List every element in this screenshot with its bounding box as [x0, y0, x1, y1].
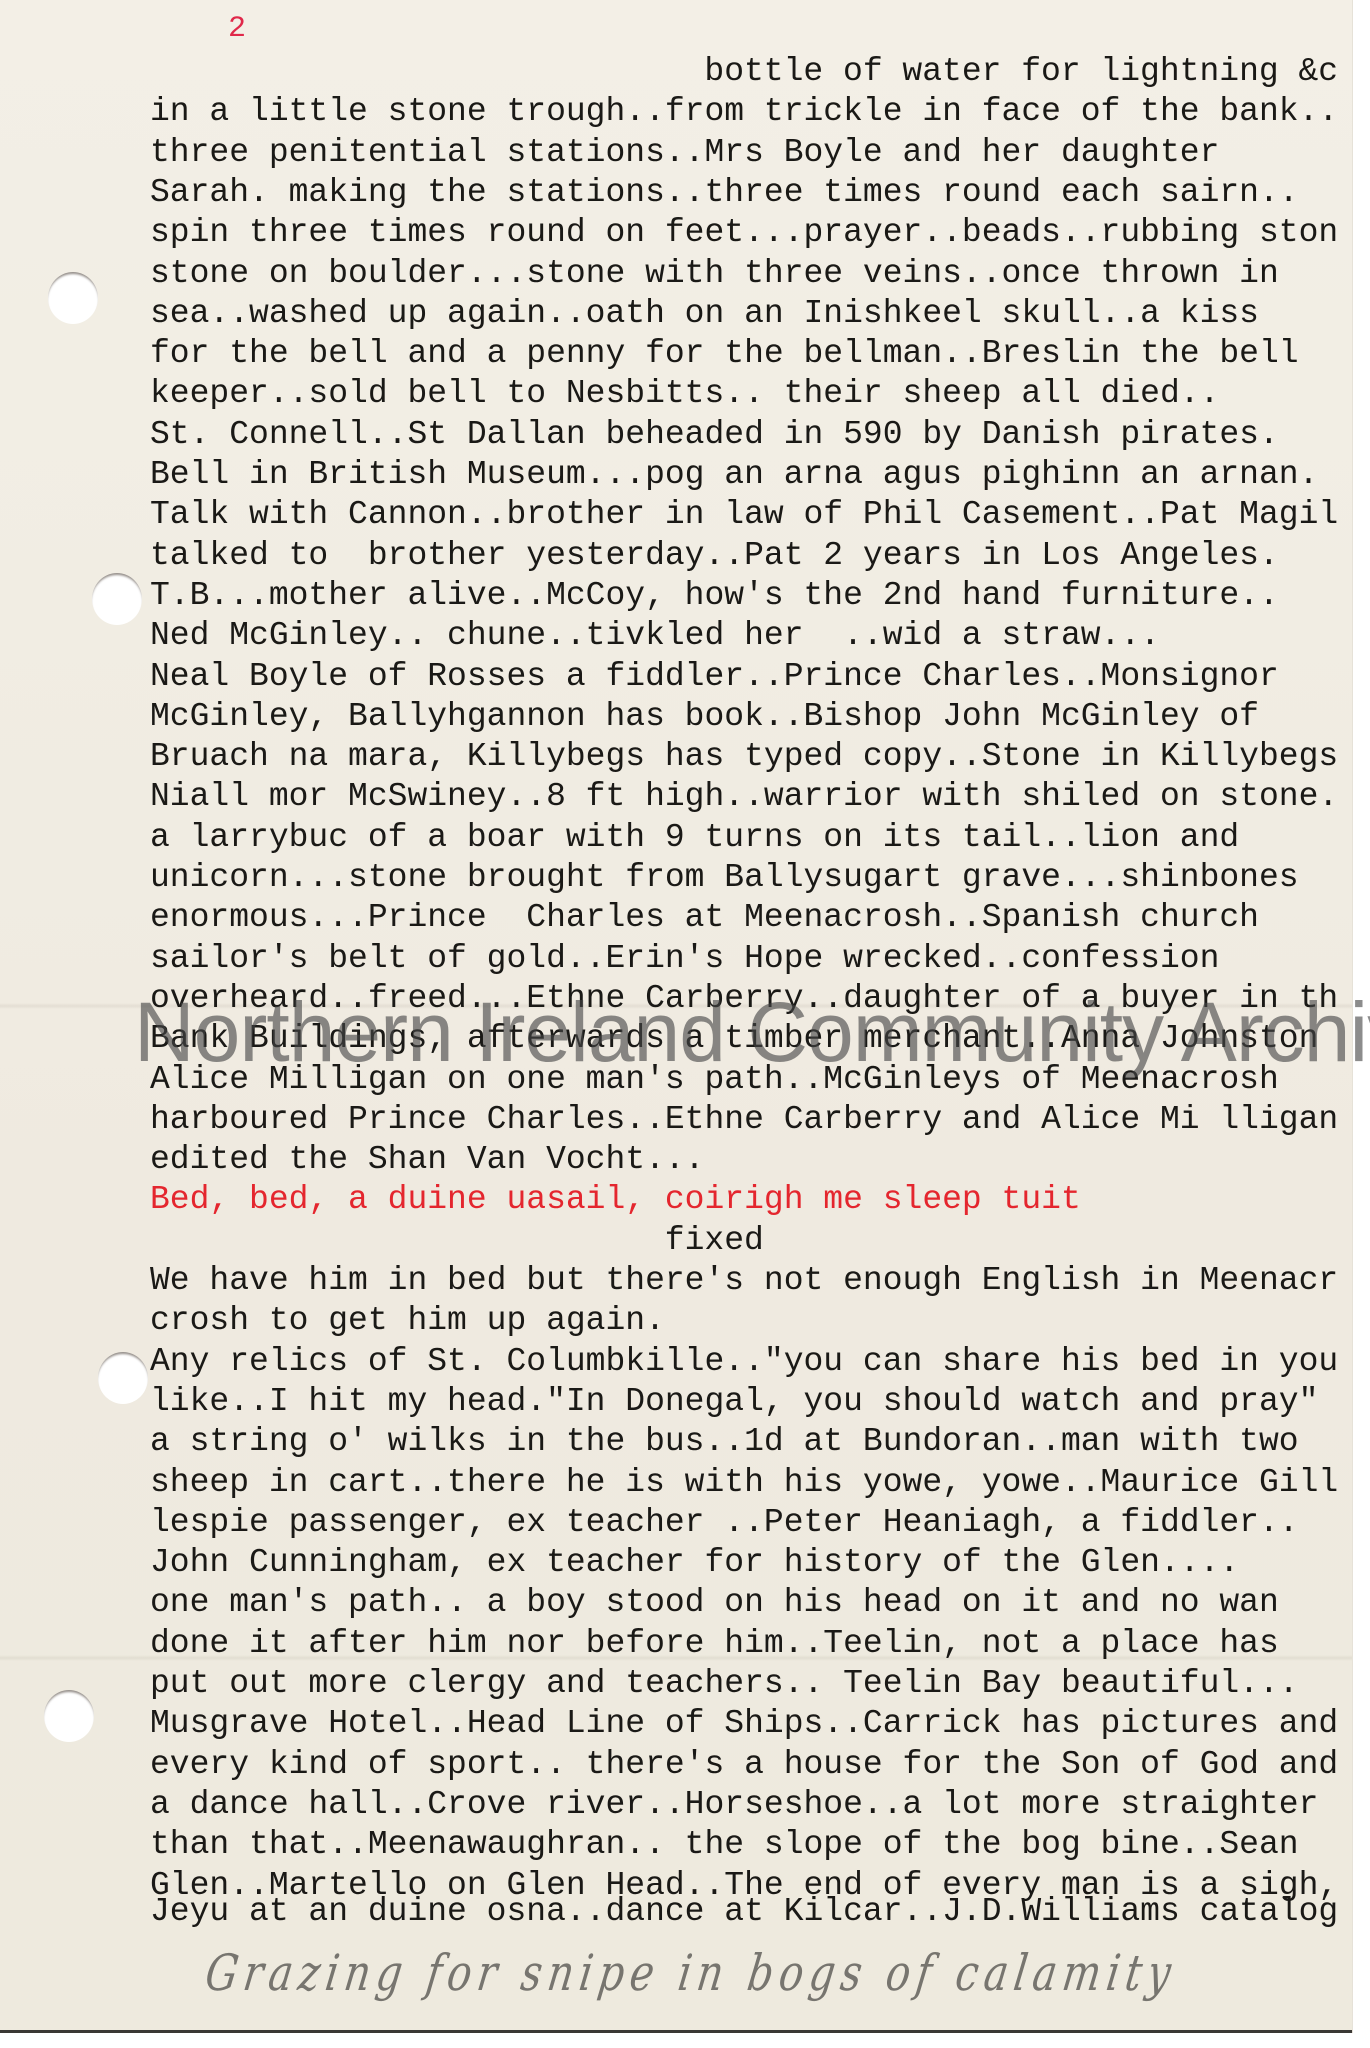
- typed-line-red: Bed, bed, a duine uasail, coirigh me sle…: [150, 1180, 1081, 1220]
- typed-line: Bell in British Museum...pog an arna agu…: [150, 455, 1318, 495]
- punch-hole-icon: [48, 272, 98, 324]
- typed-line: spin three times round on feet...prayer.…: [150, 213, 1338, 253]
- typed-line: fixed: [665, 1221, 764, 1261]
- typed-line: Bank Buildings, afterwards a timber merc…: [150, 1019, 1318, 1059]
- typed-line: put out more clergy and teachers.. Teeli…: [150, 1664, 1299, 1704]
- typed-line: for the bell and a penny for the bellman…: [150, 334, 1299, 374]
- typed-line: a dance hall..Crove river..Horseshoe..a …: [150, 1785, 1318, 1825]
- typed-line: Talk with Cannon..brother in law of Phil…: [150, 495, 1338, 535]
- typed-line: keeper..sold bell to Nesbitts.. their sh…: [150, 374, 1219, 414]
- typed-page: 2 bottle of water for lightning &cin a l…: [0, 0, 1352, 2033]
- typed-line: in a little stone trough..from trickle i…: [150, 92, 1338, 132]
- typed-line: harboured Prince Charles..Ethne Carberry…: [150, 1100, 1338, 1140]
- typed-line: done it after him nor before him..Teelin…: [150, 1624, 1279, 1664]
- typed-line: enormous...Prince Charles at Meenacrosh.…: [150, 898, 1259, 938]
- typed-line: Neal Boyle of Rosses a fiddler..Prince C…: [150, 657, 1279, 697]
- typed-line: Ned McGinley.. chune..tivkled her ..wid …: [150, 616, 1160, 656]
- typed-line: stone on boulder...stone with three vein…: [150, 254, 1279, 294]
- typed-line: We have him in bed but there's not enoug…: [150, 1261, 1338, 1301]
- typed-line: St. Connell..St Dallan beheaded in 590 b…: [150, 415, 1279, 455]
- typed-line: like..I hit my head."In Donegal, you sho…: [150, 1382, 1318, 1422]
- typed-line: bottle of water for lightning &c: [704, 52, 1338, 92]
- typed-line: overheard..freed...Ethne Carberry..daugh…: [150, 979, 1338, 1019]
- punch-hole-icon: [98, 1352, 148, 1404]
- typed-line: one man's path.. a boy stood on his head…: [150, 1583, 1279, 1623]
- typed-line: sea..washed up again..oath on an Inishke…: [150, 294, 1259, 334]
- typed-line: John Cunningham, ex teacher for history …: [150, 1543, 1239, 1583]
- typed-line: Niall mor McSwiney..8 ft high..warrior w…: [150, 777, 1338, 817]
- typed-line: a string o' wilks in the bus..1d at Bund…: [150, 1422, 1299, 1462]
- typed-line: talked to brother yesterday..Pat 2 years…: [150, 536, 1279, 576]
- typed-line: every kind of sport.. there's a house fo…: [150, 1745, 1338, 1785]
- typed-line: McGinley, Ballyhgannon has book..Bishop …: [150, 697, 1259, 737]
- typed-line: Bruach na mara, Killybegs has typed copy…: [150, 737, 1338, 777]
- typed-line: sheep in cart..there he is with his yowe…: [150, 1463, 1338, 1503]
- typed-line: than that..Meenawaughran.. the slope of …: [150, 1825, 1299, 1865]
- typed-line: T.B...mother alive..McCoy, how's the 2nd…: [150, 576, 1279, 616]
- handwritten-pencil-note: Grazing for snipe in bogs of calamity: [202, 1945, 1180, 2003]
- typed-line: edited the Shan Van Vocht...: [150, 1140, 705, 1180]
- punch-hole-icon: [92, 573, 142, 625]
- typed-text-body: bottle of water for lightning &cin a lit…: [150, 0, 1352, 1940]
- typed-line: unicorn...stone brought from Ballysugart…: [150, 858, 1299, 898]
- typed-line: Musgrave Hotel..Head Line of Ships..Carr…: [150, 1704, 1338, 1744]
- typed-line: a larrybuc of a boar with 9 turns on its…: [150, 818, 1239, 858]
- typed-line: Sarah. making the stations..three times …: [150, 173, 1299, 213]
- typed-line: sailor's belt of gold..Erin's Hope wreck…: [150, 939, 1219, 979]
- typed-line: three penitential stations..Mrs Boyle an…: [150, 133, 1219, 173]
- typed-line: crosh to get him up again.: [150, 1301, 665, 1341]
- typed-line: Jeyu at an duine osna..dance at Kilcar..…: [150, 1892, 1338, 1932]
- punch-hole-icon: [44, 1690, 94, 1742]
- typed-line: Alice Milligan on one man's path..McGinl…: [150, 1060, 1279, 1100]
- typed-line: Any relics of St. Columbkille.."you can …: [150, 1342, 1338, 1382]
- typed-line: lespie passenger, ex teacher ..Peter Hea…: [150, 1503, 1299, 1543]
